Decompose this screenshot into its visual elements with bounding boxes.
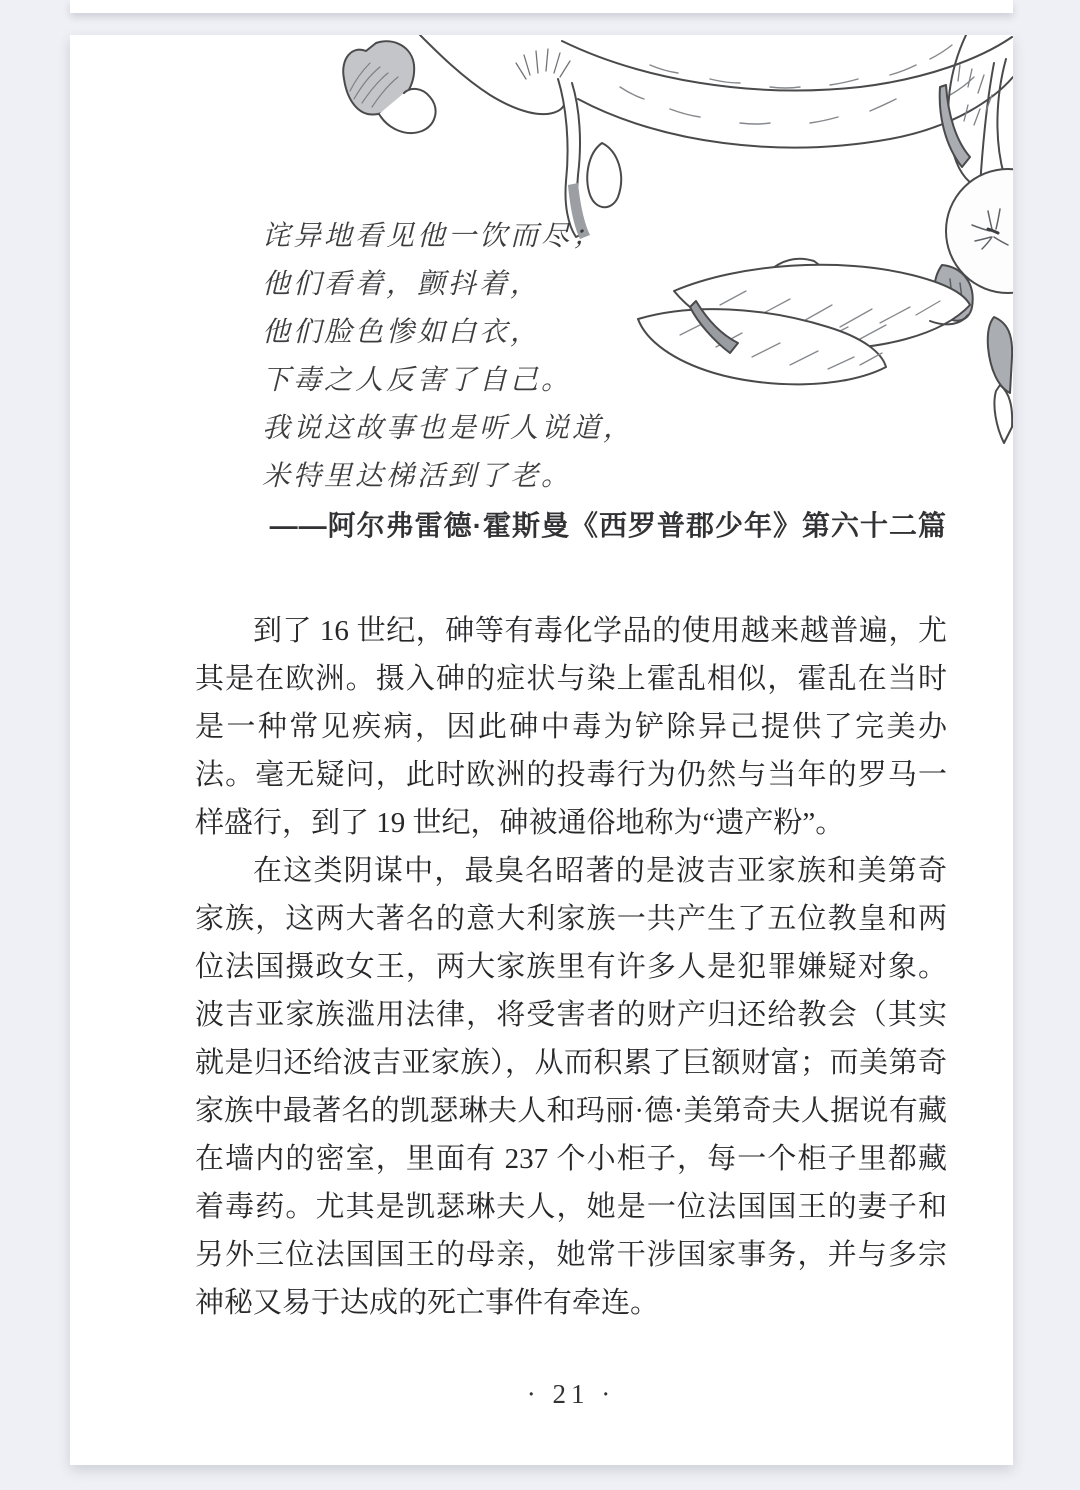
poem-attribution: ——阿尔弗雷德·霍斯曼《西罗普郡少年》第六十二篇 [270, 504, 947, 544]
previous-page-edge [70, 0, 1013, 13]
poem-block: 诧异地看见他一饮而尽； 他们看着，颤抖着， 他们脸色惨如白衣， 下毒之人反害了自… [262, 213, 634, 501]
reader-background: { "document": { "poem": { "lines": [ "诧异… [0, 0, 1080, 1490]
poem-line: 他们看着，颤抖着， [262, 261, 634, 309]
poem-line: 他们脸色惨如白衣， [262, 309, 634, 357]
paragraph: 到了 16 世纪，砷等有毒化学品的使用越来越普遍，尤其是在欧洲。摄入砷的症状与染… [195, 607, 947, 847]
poem-line: 下毒之人反害了自己。 [262, 357, 634, 405]
poem-line: 诧异地看见他一饮而尽； [262, 213, 634, 261]
paragraph: 在这类阴谋中，最臭名昭著的是波吉亚家族和美第奇家族，这两大著名的意大利家族一共产… [195, 847, 947, 1327]
book-page[interactable]: 诧异地看见他一饮而尽； 他们看着，颤抖着， 他们脸色惨如白衣， 下毒之人反害了自… [70, 35, 1013, 1465]
poem-line: 米特里达梯活到了老。 [262, 453, 634, 501]
page-number: · 21 · [195, 1379, 947, 1410]
body-text: 到了 16 世纪，砷等有毒化学品的使用越来越普遍，尤其是在欧洲。摄入砷的症状与染… [195, 607, 947, 1327]
poem-line: 我说这故事也是听人说道， [262, 405, 634, 453]
